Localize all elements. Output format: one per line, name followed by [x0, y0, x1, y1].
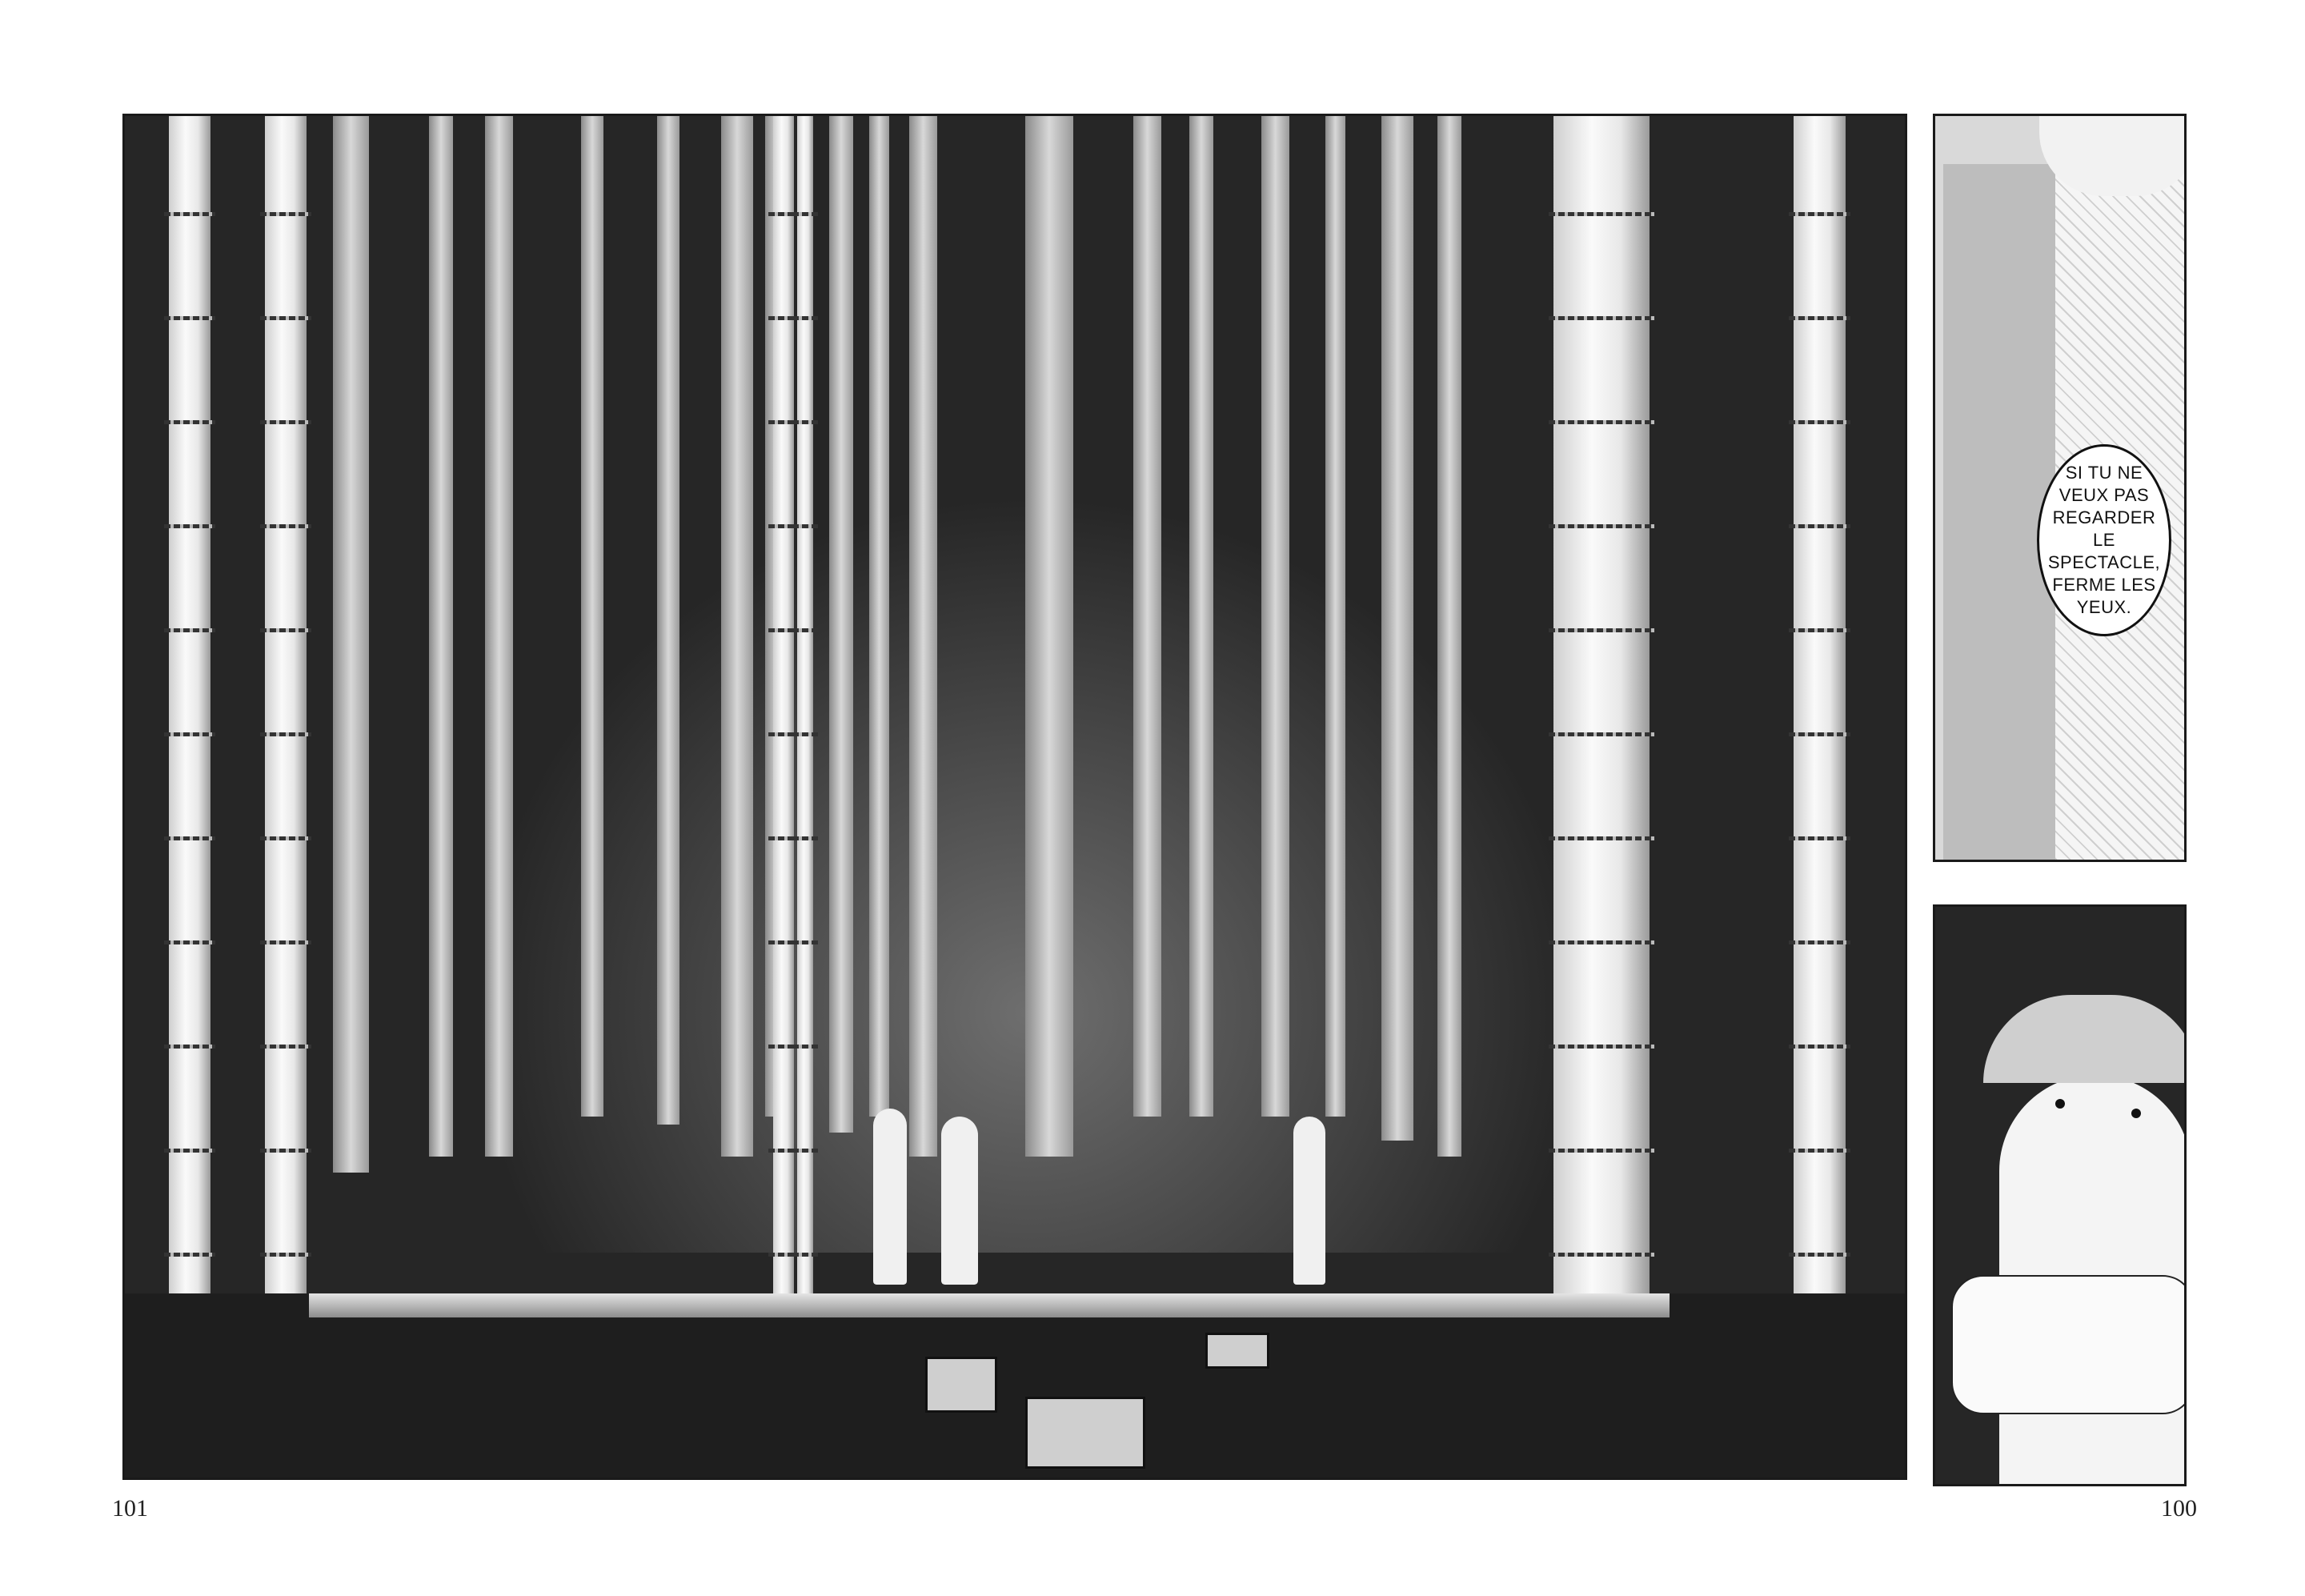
barbed-wire [260, 628, 311, 632]
barbed-wire [1549, 1253, 1654, 1257]
tree-trunk [581, 116, 603, 1117]
coat [1943, 164, 2055, 862]
tree-trunk [265, 116, 307, 1397]
barbed-wire [164, 524, 215, 528]
barbed-wire [1789, 732, 1850, 736]
tree-trunk [657, 116, 679, 1125]
tree-trunk [1325, 116, 1345, 1117]
tree-trunk [1025, 116, 1073, 1157]
tree-stump [925, 1357, 997, 1413]
tree-trunk [429, 116, 453, 1157]
worried-face-panel [1933, 904, 2187, 1486]
eye-right [2131, 1109, 2141, 1118]
tree-trunk [1189, 116, 1213, 1117]
barbed-wire [164, 316, 215, 320]
tree-stump [1025, 1397, 1145, 1469]
speech-bubble-text: SI TU NE VEUX PAS REGARDER LE SPECTACLE,… [2039, 462, 2169, 619]
tree-trunk [333, 116, 369, 1173]
barbed-wire [260, 316, 311, 320]
barbed-wire [1789, 1149, 1850, 1153]
eye-left [2055, 1099, 2065, 1109]
barbed-wire [1549, 1149, 1654, 1153]
barbed-wire [1549, 732, 1654, 736]
speech-bubble: SI TU NE VEUX PAS REGARDER LE SPECTACLE,… [2037, 444, 2171, 636]
barbed-wire [1549, 420, 1654, 424]
barbed-wire [792, 940, 818, 944]
tree-trunk [1794, 116, 1846, 1397]
tree-stump [1205, 1333, 1269, 1369]
main-forest-panel [122, 114, 1907, 1480]
barbed-wire [164, 212, 215, 216]
barbed-wire [1789, 628, 1850, 632]
barbed-wire [260, 1253, 311, 1257]
tree-trunk [909, 116, 937, 1157]
barbed-wire [792, 316, 818, 320]
barbed-wire [792, 1149, 818, 1153]
barbed-wire [260, 836, 311, 840]
ground [125, 1293, 1905, 1478]
barbed-wire [260, 940, 311, 944]
barbed-wire [1789, 316, 1850, 320]
walker-figure-1 [873, 1109, 907, 1285]
tree-trunk [869, 116, 889, 1117]
tree-trunk [1261, 116, 1289, 1117]
barbed-wire [1789, 1045, 1850, 1049]
tree-trunk [169, 116, 210, 1397]
barbed-wire [260, 524, 311, 528]
barbed-wire [1789, 1253, 1850, 1257]
barbed-wire [792, 1045, 818, 1049]
walker-figure-2 [941, 1117, 978, 1285]
barbed-wire [164, 628, 215, 632]
barbed-wire [1789, 940, 1850, 944]
barbed-wire [792, 732, 818, 736]
barbed-wire [1789, 836, 1850, 840]
barbed-wire [1549, 836, 1654, 840]
barbed-wire [1549, 316, 1654, 320]
tree-trunk [1133, 116, 1161, 1117]
barbed-wire [164, 1045, 215, 1049]
tree-trunk [485, 116, 513, 1157]
barbed-wire [1789, 524, 1850, 528]
hair-shade [1983, 995, 2187, 1083]
barbed-wire [260, 1045, 311, 1049]
barbed-wire [792, 420, 818, 424]
barbed-wire [1549, 940, 1654, 944]
barbed-wire [260, 732, 311, 736]
snow-path [309, 1293, 1670, 1317]
barbed-wire [792, 628, 818, 632]
walker-figure-3 [1293, 1117, 1325, 1285]
tree-trunk [1381, 116, 1413, 1141]
page-number-right: 100 [2161, 1495, 2197, 1522]
barbed-wire [792, 836, 818, 840]
barbed-wire [164, 836, 215, 840]
page-number-left: 101 [112, 1495, 148, 1522]
barbed-wire [164, 732, 215, 736]
barbed-wire [1789, 212, 1850, 216]
barbed-wire [164, 1253, 215, 1257]
tree-trunk [1437, 116, 1461, 1157]
barbed-wire [260, 212, 311, 216]
barbed-wire [260, 1149, 311, 1153]
muffler [1951, 1275, 2187, 1414]
barbed-wire [1549, 1045, 1654, 1049]
barbed-wire [260, 420, 311, 424]
barbed-wire [1549, 524, 1654, 528]
barbed-wire [792, 524, 818, 528]
tree-trunk [797, 116, 813, 1397]
tree-trunk [1553, 116, 1650, 1397]
barbed-wire [1549, 212, 1654, 216]
tree-trunk [829, 116, 853, 1133]
barbed-wire [792, 1253, 818, 1257]
barbed-wire [164, 420, 215, 424]
tree-trunk [773, 116, 794, 1397]
tree-trunk [721, 116, 753, 1157]
barbed-wire [164, 940, 215, 944]
barbed-wire [164, 1149, 215, 1153]
barbed-wire [1789, 420, 1850, 424]
barbed-wire [792, 212, 818, 216]
barbed-wire [1549, 628, 1654, 632]
